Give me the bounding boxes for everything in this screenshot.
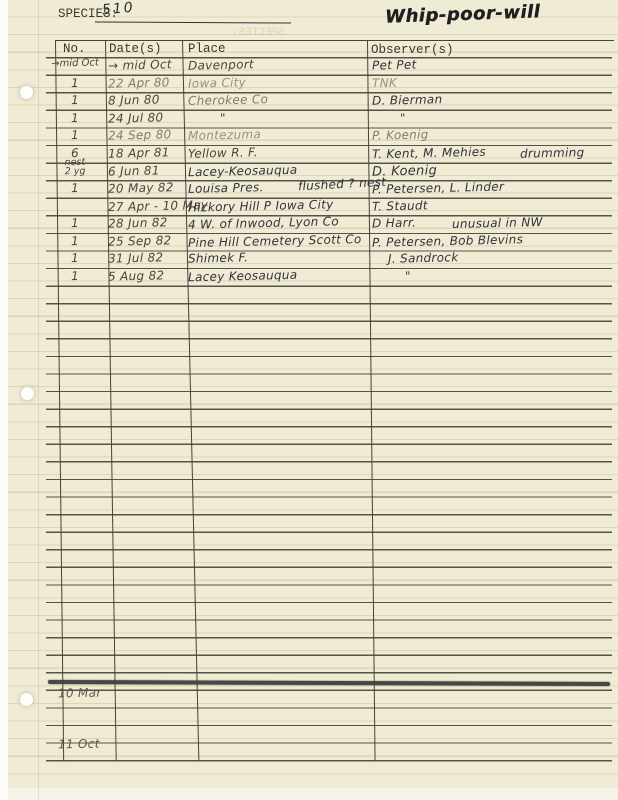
cell-no: 1 (48, 251, 102, 266)
cell-observer: Pet Pet (372, 57, 417, 72)
ink-bleed-through: SPECIES: (232, 27, 285, 39)
table-row: 1 24 Sep 80 Montezuma P. Koenig (0, 127, 618, 145)
scanned-document: SPECIES: 510 Whip-poor-will SPECIES: No.… (0, 0, 618, 800)
table-row: 27 Apr - 10 May Hickory Hill P Iowa City… (0, 198, 618, 216)
cell-observer: J. Sandrock (388, 250, 459, 266)
cell-date: 25 Sep 82 (108, 233, 172, 248)
page-bottom-edge (8, 788, 618, 800)
cell-date: 6 Jun 81 (108, 163, 160, 178)
cell-date: → mid Oct (108, 57, 172, 72)
cell-date: 31 Jul 82 (108, 251, 164, 266)
cell-place: Lacey-Keosauqua (188, 162, 298, 178)
table-row: nest 2 yg 6 Jun 81 Lacey-Keosauqua D. Ko… (0, 163, 618, 181)
cell-no: 1 (48, 93, 102, 108)
table-row: →mid Oct → mid Oct Davenport Pet Pet (0, 57, 618, 75)
cell-note: unusual in NW (452, 215, 543, 231)
cell-observer: P. Koenig (372, 128, 429, 143)
cell-place: Montezuma (188, 127, 261, 143)
table-row: 1 31 Jul 82 Shimek F. J. Sandrock (0, 250, 618, 268)
cell-observer-ditto: " (400, 111, 406, 125)
cell-observer: P. Petersen, Bob Blevins (372, 232, 523, 249)
cell-date: 5 Aug 82 (108, 268, 165, 283)
cell-place: Lacey Keosauqua (188, 268, 298, 284)
cell-no: 1 (48, 216, 102, 231)
cell-observer: P. Petersen, L. Linder (372, 180, 504, 197)
bottom-annotation: 11 Oct (58, 737, 100, 752)
punch-hole (20, 386, 35, 401)
punch-hole (19, 692, 34, 707)
cell-date: 24 Jul 80 (108, 110, 164, 125)
cell-place: Cherokee Co (188, 92, 269, 108)
cell-place-ditto: " (220, 111, 226, 125)
cell-observer: T. Kent, M. Mehies (372, 145, 486, 162)
table-row: 1 25 Sep 82 Pine Hill Cemetery Scott Co … (0, 233, 618, 251)
header-date: Date(s) (109, 42, 162, 56)
cell-place: Louisa Pres. (188, 180, 264, 196)
cell-no: nest 2 yg (48, 158, 102, 176)
cell-note: drumming (520, 145, 585, 160)
cell-no: 1 (48, 110, 102, 125)
cell-place: Hickory Hill P Iowa City (188, 197, 334, 214)
cell-date: 22 Apr 80 (108, 75, 170, 90)
table-row: 1 24 Jul 80 " " (0, 110, 618, 128)
cell-observer-ditto: " (405, 269, 411, 283)
table-row: 1 8 Jun 80 Cherokee Co D. Bierman (0, 92, 618, 110)
cell-observer: TNK (372, 75, 397, 90)
cell-observer: D. Bierman (372, 92, 443, 108)
cell-place: Yellow R. F. (188, 145, 258, 161)
cell-no (48, 198, 102, 199)
header-no: No. (63, 42, 86, 56)
cell-date: 18 Apr 81 (108, 145, 170, 160)
cell-no: →mid Oct (48, 57, 102, 69)
cell-date: 28 Jun 82 (108, 216, 168, 231)
cell-date: 20 May 82 (108, 180, 174, 195)
cell-no: 1 (48, 180, 102, 195)
cell-place: Shimek F. (188, 251, 249, 266)
cell-date: 8 Jun 80 (108, 93, 160, 108)
table-row: 1 5 Aug 82 Lacey Keosauqua " (0, 268, 618, 286)
bottom-annotation: 10 Mar (58, 686, 102, 701)
cell-observer: D Harr. (372, 216, 416, 231)
cell-observer: T. Staudt (372, 198, 428, 213)
cell-place: Davenport (188, 57, 254, 72)
table-row: 1 22 Apr 80 Iowa City TNK (0, 75, 618, 93)
cell-no: 1 (48, 75, 102, 90)
cell-place: Pine Hill Cemetery Scott Co (188, 232, 362, 250)
table-row: 1 20 May 82 Louisa Pres. flushed ? nest … (0, 180, 618, 198)
cell-no: 1 (48, 233, 102, 248)
cell-no: 1 (48, 128, 102, 143)
cell-place: 4 W. of Inwood, Lyon Co (188, 214, 339, 231)
cell-date: 24 Sep 80 (108, 128, 172, 143)
table-row: 1 28 Jun 82 4 W. of Inwood, Lyon Co D Ha… (0, 215, 618, 233)
cell-place: Iowa City (188, 75, 246, 90)
species-number-handwritten: 510 (101, 0, 135, 18)
header-observer: Observer(s) (371, 43, 454, 57)
header-place: Place (188, 42, 226, 56)
cell-no: 1 (48, 268, 102, 283)
